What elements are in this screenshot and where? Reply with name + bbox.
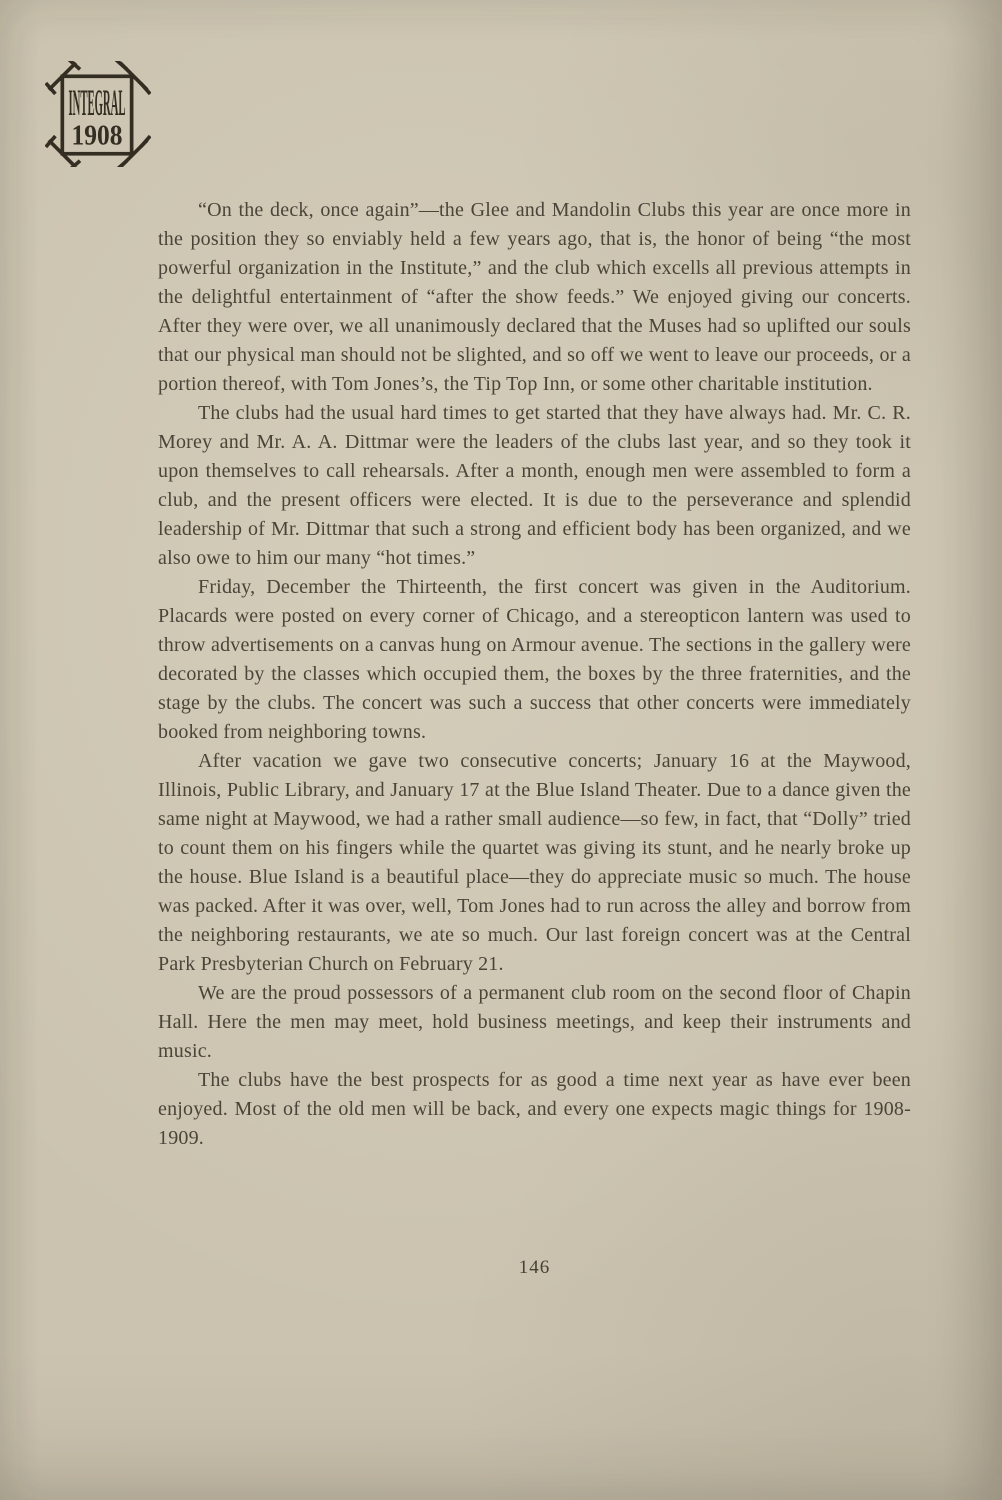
- paragraph: After vacation we gave two consecutive c…: [158, 747, 911, 979]
- integral-1908-monogram: INTEGRAL 1908: [45, 61, 151, 167]
- monogram-text: INTEGRAL: [68, 82, 125, 123]
- body-text: “On the deck, once again”—the Glee and M…: [158, 196, 911, 1153]
- monogram-year: 1908: [72, 121, 123, 152]
- page-number: 146: [158, 1257, 911, 1279]
- paragraph: “On the deck, once again”—the Glee and M…: [158, 196, 911, 399]
- paragraph: Friday, December the Thirteenth, the fir…: [158, 573, 911, 747]
- paragraph: The clubs had the usual hard times to ge…: [158, 399, 911, 573]
- yearbook-page: INTEGRAL 1908 “On the deck, once again”—…: [0, 0, 1002, 1500]
- paragraph: We are the proud possessors of a permane…: [158, 979, 911, 1066]
- paragraph: The clubs have the best prospects for as…: [158, 1066, 911, 1153]
